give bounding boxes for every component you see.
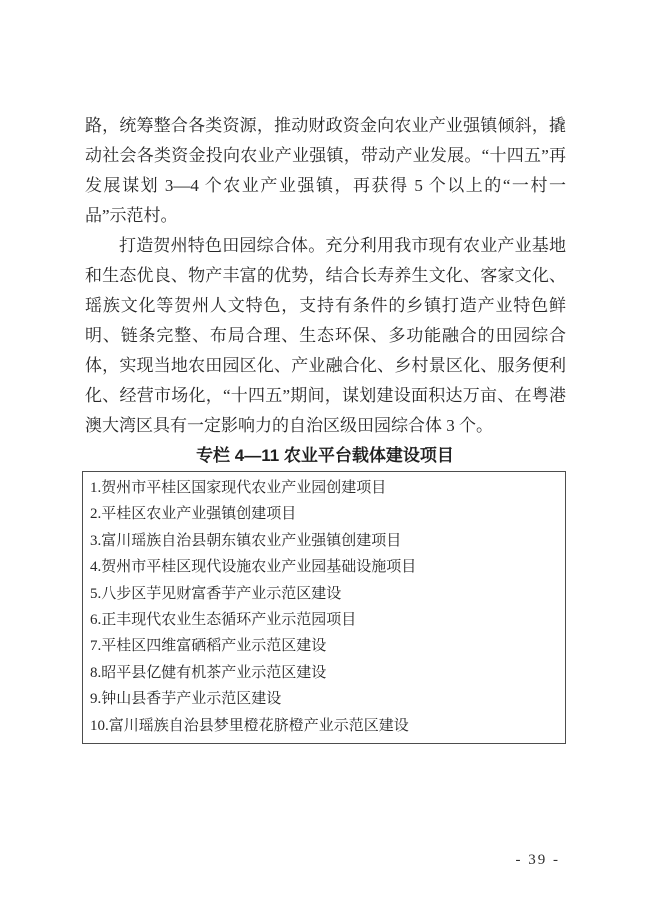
body-paragraph: 路，统筹整合各类资源，推动财政资金向农业产业强镇倾斜，撬动社会各类资金投向农业产…	[85, 111, 566, 231]
body-paragraph: 打造贺州特色田园综合体。充分利用我市现有农业产业基地和生态优良、物产丰富的优势，…	[85, 231, 566, 441]
panel-item: 5.八步区芋见财富香芋产业示范区建设	[90, 581, 559, 607]
panel-item: 7.平桂区四维富硒稻产业示范区建设	[90, 633, 559, 659]
panel-item: 2.平桂区农业产业强镇创建项目	[90, 501, 559, 527]
panel-item: 10.富川瑶族自治县梦里橙花脐橙产业示范区建设	[90, 713, 559, 739]
panel-title: 专栏 4—11 农业平台载体建设项目	[0, 444, 650, 468]
panel-item: 8.昭平县亿健有机茶产业示范区建设	[90, 660, 559, 686]
body-text-block: 路，统筹整合各类资源，推动财政资金向农业产业强镇倾斜，撬动社会各类资金投向农业产…	[85, 111, 566, 441]
panel-item: 9.钟山县香芋产业示范区建设	[90, 686, 559, 712]
panel-item: 1.贺州市平桂区国家现代农业产业园创建项目	[90, 475, 559, 501]
panel-box: 1.贺州市平桂区国家现代农业产业园创建项目 2.平桂区农业产业强镇创建项目 3.…	[82, 471, 566, 744]
document-page: 路，统筹整合各类资源，推动财政资金向农业产业强镇倾斜，撬动社会各类资金投向农业产…	[0, 0, 650, 919]
panel-item: 3.富川瑶族自治县朝东镇农业产业强镇创建项目	[90, 528, 559, 554]
panel-item: 6.正丰现代农业生态循环产业示范园项目	[90, 607, 559, 633]
page-number: - 39 -	[516, 851, 561, 869]
panel-item: 4.贺州市平桂区现代设施农业产业园基础设施项目	[90, 554, 559, 580]
